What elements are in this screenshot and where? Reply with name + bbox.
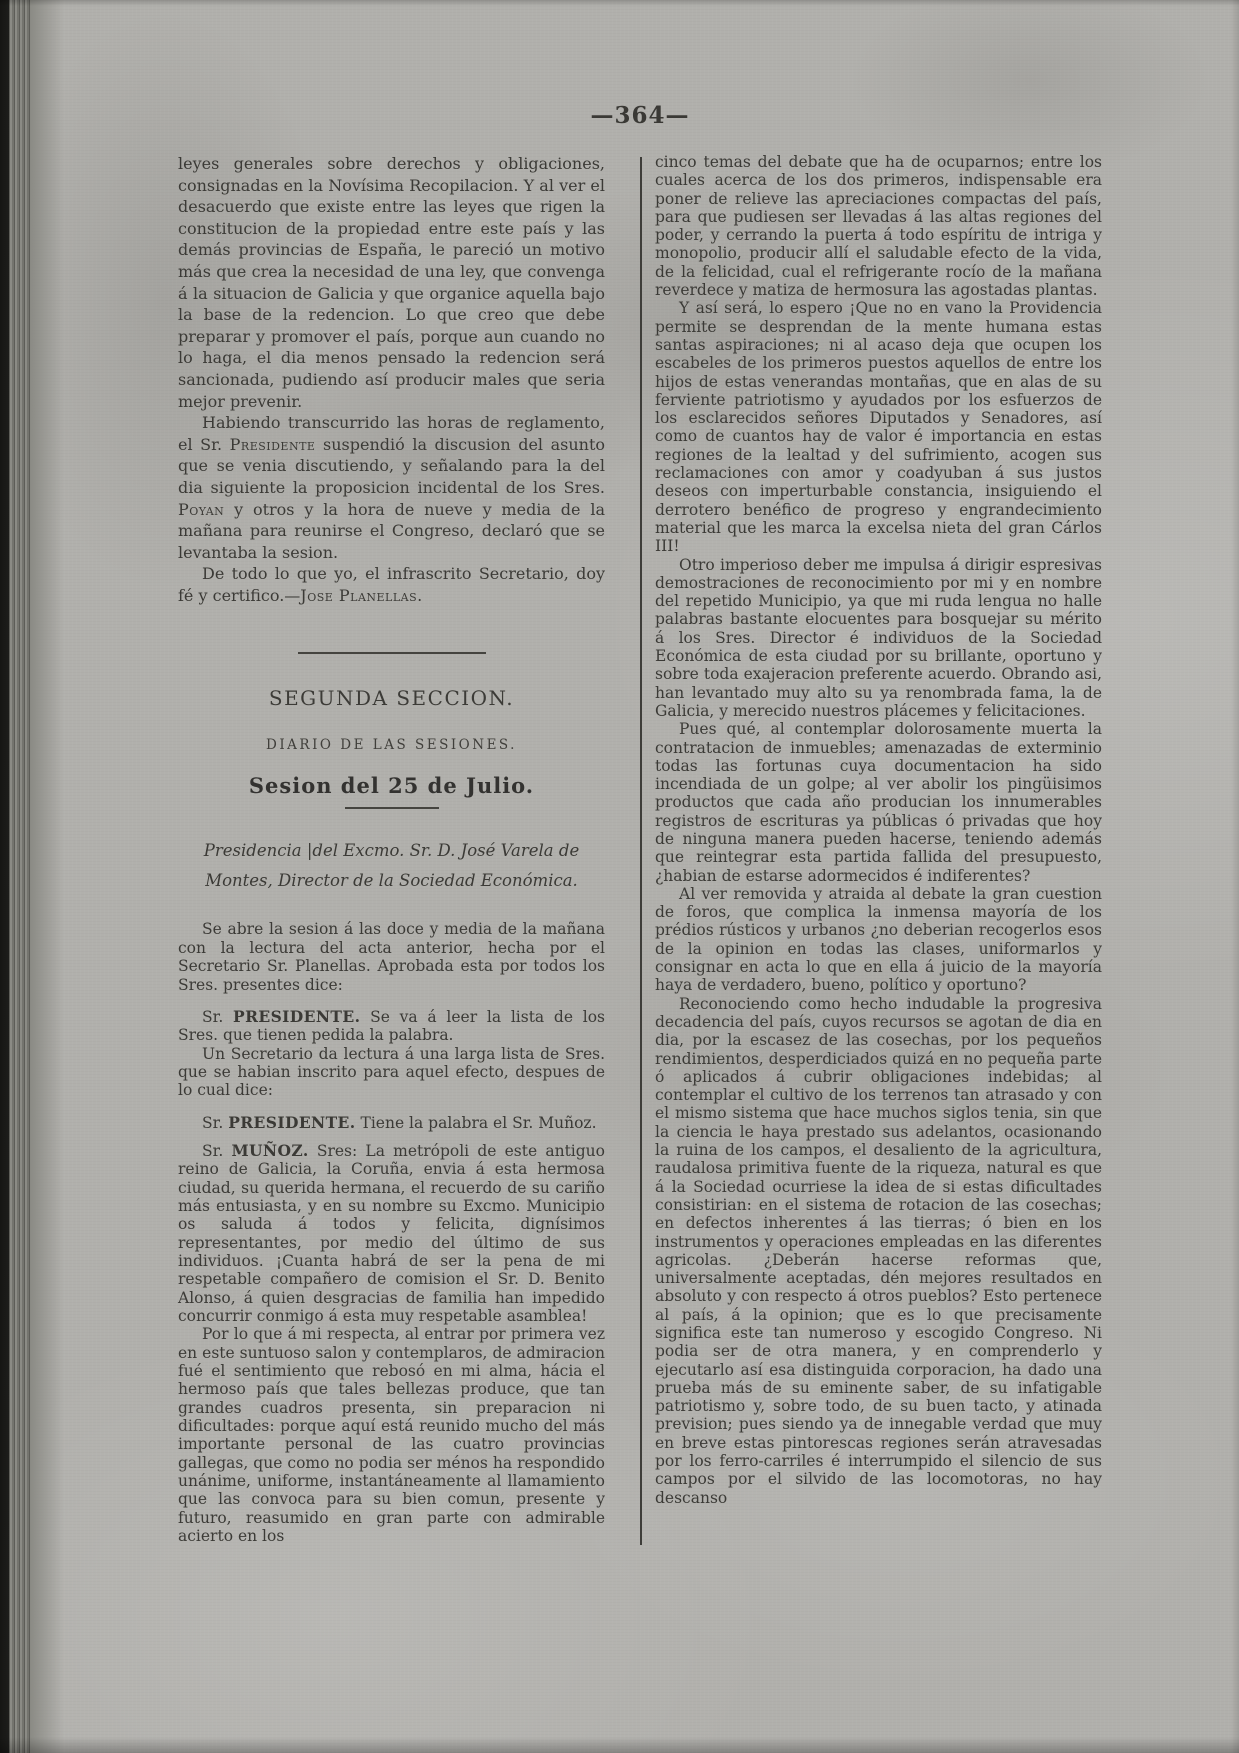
scan-edge-bottom: [0, 1737, 1239, 1753]
scan-edge-right: [1231, 0, 1239, 1753]
paragraph: De todo lo que yo, el infrascrito Secret…: [178, 563, 605, 606]
section-separator-rule: [298, 652, 486, 654]
paragraph: Un Secretario da lectura á una larga lis…: [178, 1045, 605, 1100]
section-subtitle: DIARIO DE LAS SESIONES.: [178, 737, 605, 753]
paragraph: Al ver removida y atraida al debate la g…: [655, 885, 1102, 995]
paragraph: Habiendo transcurrido las horas de regla…: [178, 412, 605, 563]
right-column: cinco temas del debate que ha de ocuparn…: [655, 153, 1102, 1507]
left-column: leyes generales sobre derechos y obligac…: [178, 153, 605, 1545]
paragraph: Se abre la sesion á las doce y media de …: [178, 920, 605, 993]
paragraph: Otro imperioso deber me impulsa á dirigi…: [655, 556, 1102, 721]
text-columns: leyes generales sobre derechos y obligac…: [178, 153, 1102, 1545]
paragraph: leyes generales sobre derechos y obligac…: [178, 153, 605, 412]
speech-paragraph: Sr. MUÑOZ. Sres: La metrópoli de este an…: [178, 1142, 605, 1325]
section-title: SEGUNDA SECCION.: [178, 686, 605, 710]
page-number: —364—: [178, 102, 1102, 129]
paragraph: Por lo que á mi respecta, al entrar por …: [178, 1325, 605, 1545]
presidency-heading: Presidencia |del Excmo. Sr. D. José Vare…: [178, 836, 605, 896]
speech-paragraph: Sr. PRESIDENTE. Se va á leer la lista de…: [178, 1008, 605, 1045]
left-column-first-section: leyes generales sobre derechos y obligac…: [178, 153, 605, 606]
column-divider-rule: [640, 157, 642, 1545]
session-separator-rule: [345, 807, 439, 809]
presidency-line-2: Montes, Director de la Sociedad Económic…: [178, 866, 605, 896]
session-title: Sesion del 25 de Julio.: [178, 773, 605, 798]
speech-paragraph: Sr. PRESIDENTE. Tiene la palabra el Sr. …: [178, 1114, 605, 1132]
session-minutes: Se abre la sesion á las doce y media de …: [178, 920, 605, 1545]
page-content: —364— leyes generales sobre derechos y o…: [178, 0, 1102, 1545]
scanned-book-page: —364— leyes generales sobre derechos y o…: [0, 0, 1239, 1753]
paragraph: cinco temas del debate que ha de ocuparn…: [655, 153, 1102, 299]
book-spine-shadow: [0, 0, 64, 1753]
paragraph: Reconociendo como hecho indudable la pro…: [655, 995, 1102, 1507]
paragraph: Pues qué, al contemplar dolorosamente mu…: [655, 720, 1102, 885]
presidency-line-1: Presidencia |del Excmo. Sr. D. José Vare…: [178, 836, 605, 866]
paragraph: Y así será, lo espero ¡Que no en vano la…: [655, 299, 1102, 555]
